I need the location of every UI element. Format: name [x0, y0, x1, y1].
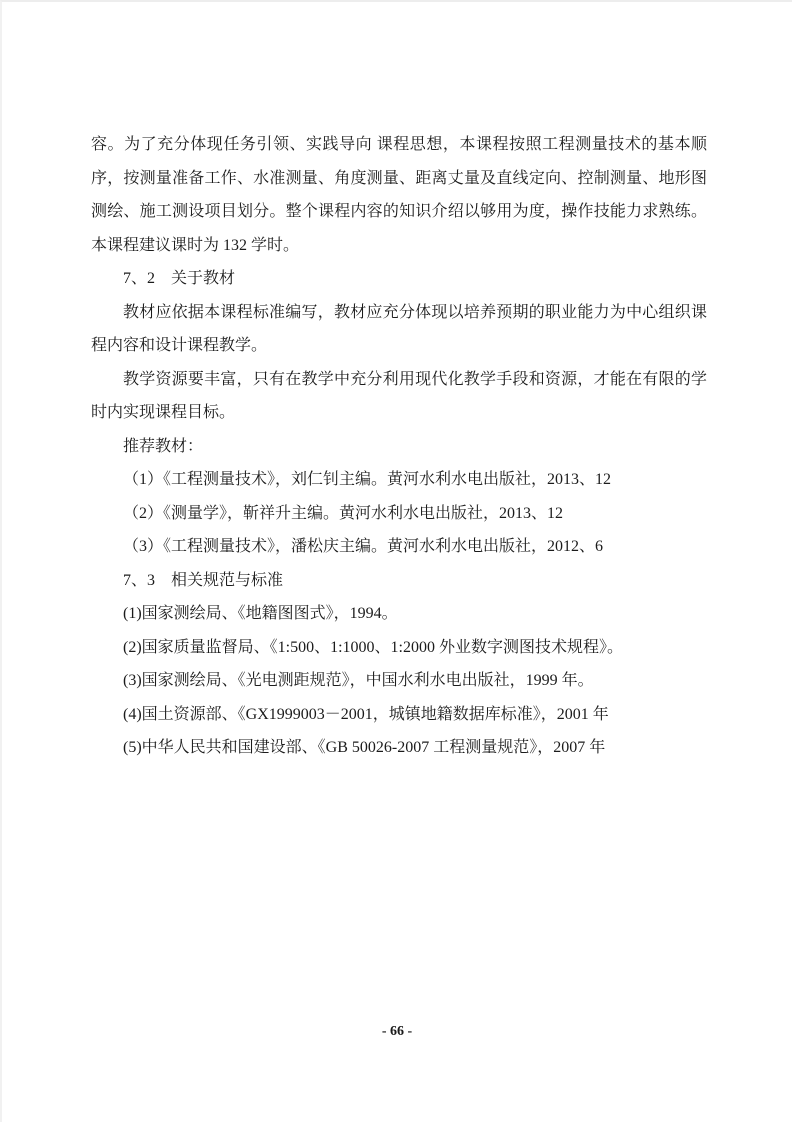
textbook-paragraph-1: 教材应依据本课程标准编写，教材应充分体现以培养预期的职业能力为中心组织课程内容和… — [91, 296, 707, 363]
standard-item-5: (5)中华人民共和国建设部、《GB 50026-2007 工程测量规范》，200… — [91, 731, 707, 765]
textbook-paragraph-2: 教学资源要丰富，只有在教学中充分利用现代化教学手段和资源，才能在有限的学时内实现… — [91, 363, 707, 430]
standard-item-4: (4)国土资源部、《GX1999003－2001，城镇地籍数据库标准》，2001… — [91, 698, 707, 732]
standard-item-2: (2)国家质量监督局、《1:500、1:1000、1:2000 外业数字测图技术… — [91, 631, 707, 665]
page-number: - 66 - — [2, 1024, 792, 1040]
intro-paragraph: 容。为了充分体现任务引领、实践导向 课程思想，本课程按照工程测量技术的基本顺序，… — [91, 128, 707, 262]
standard-item-1: (1)国家测绘局、《地籍图图式》，1994。 — [91, 597, 707, 631]
textbook-item-1: （1）《工程测量技术》，刘仁钊主编。黄河水利水电出版社，2013、12 — [91, 463, 707, 497]
section-heading-7-2: 7、2 关于教材 — [91, 262, 707, 296]
textbook-item-3: （3）《工程测量技术》，潘松庆主编。黄河水利水电出版社，2012、6 — [91, 530, 707, 564]
body-text: 容。为了充分体现任务引领、实践导向 课程思想，本课程按照工程测量技术的基本顺序，… — [91, 128, 707, 765]
textbook-item-2: （2）《测量学》，靳祥升主编。黄河水利水电出版社，2013、12 — [91, 497, 707, 531]
standard-item-3: (3)国家测绘局、《光电测距规范》，中国水利水电出版社，1999 年。 — [91, 664, 707, 698]
document-page: 容。为了充分体现任务引领、实践导向 课程思想，本课程按照工程测量技术的基本顺序，… — [0, 0, 792, 1122]
recommended-textbooks-label: 推荐教材： — [91, 430, 707, 464]
section-heading-7-3: 7、3 相关规范与标准 — [91, 564, 707, 598]
